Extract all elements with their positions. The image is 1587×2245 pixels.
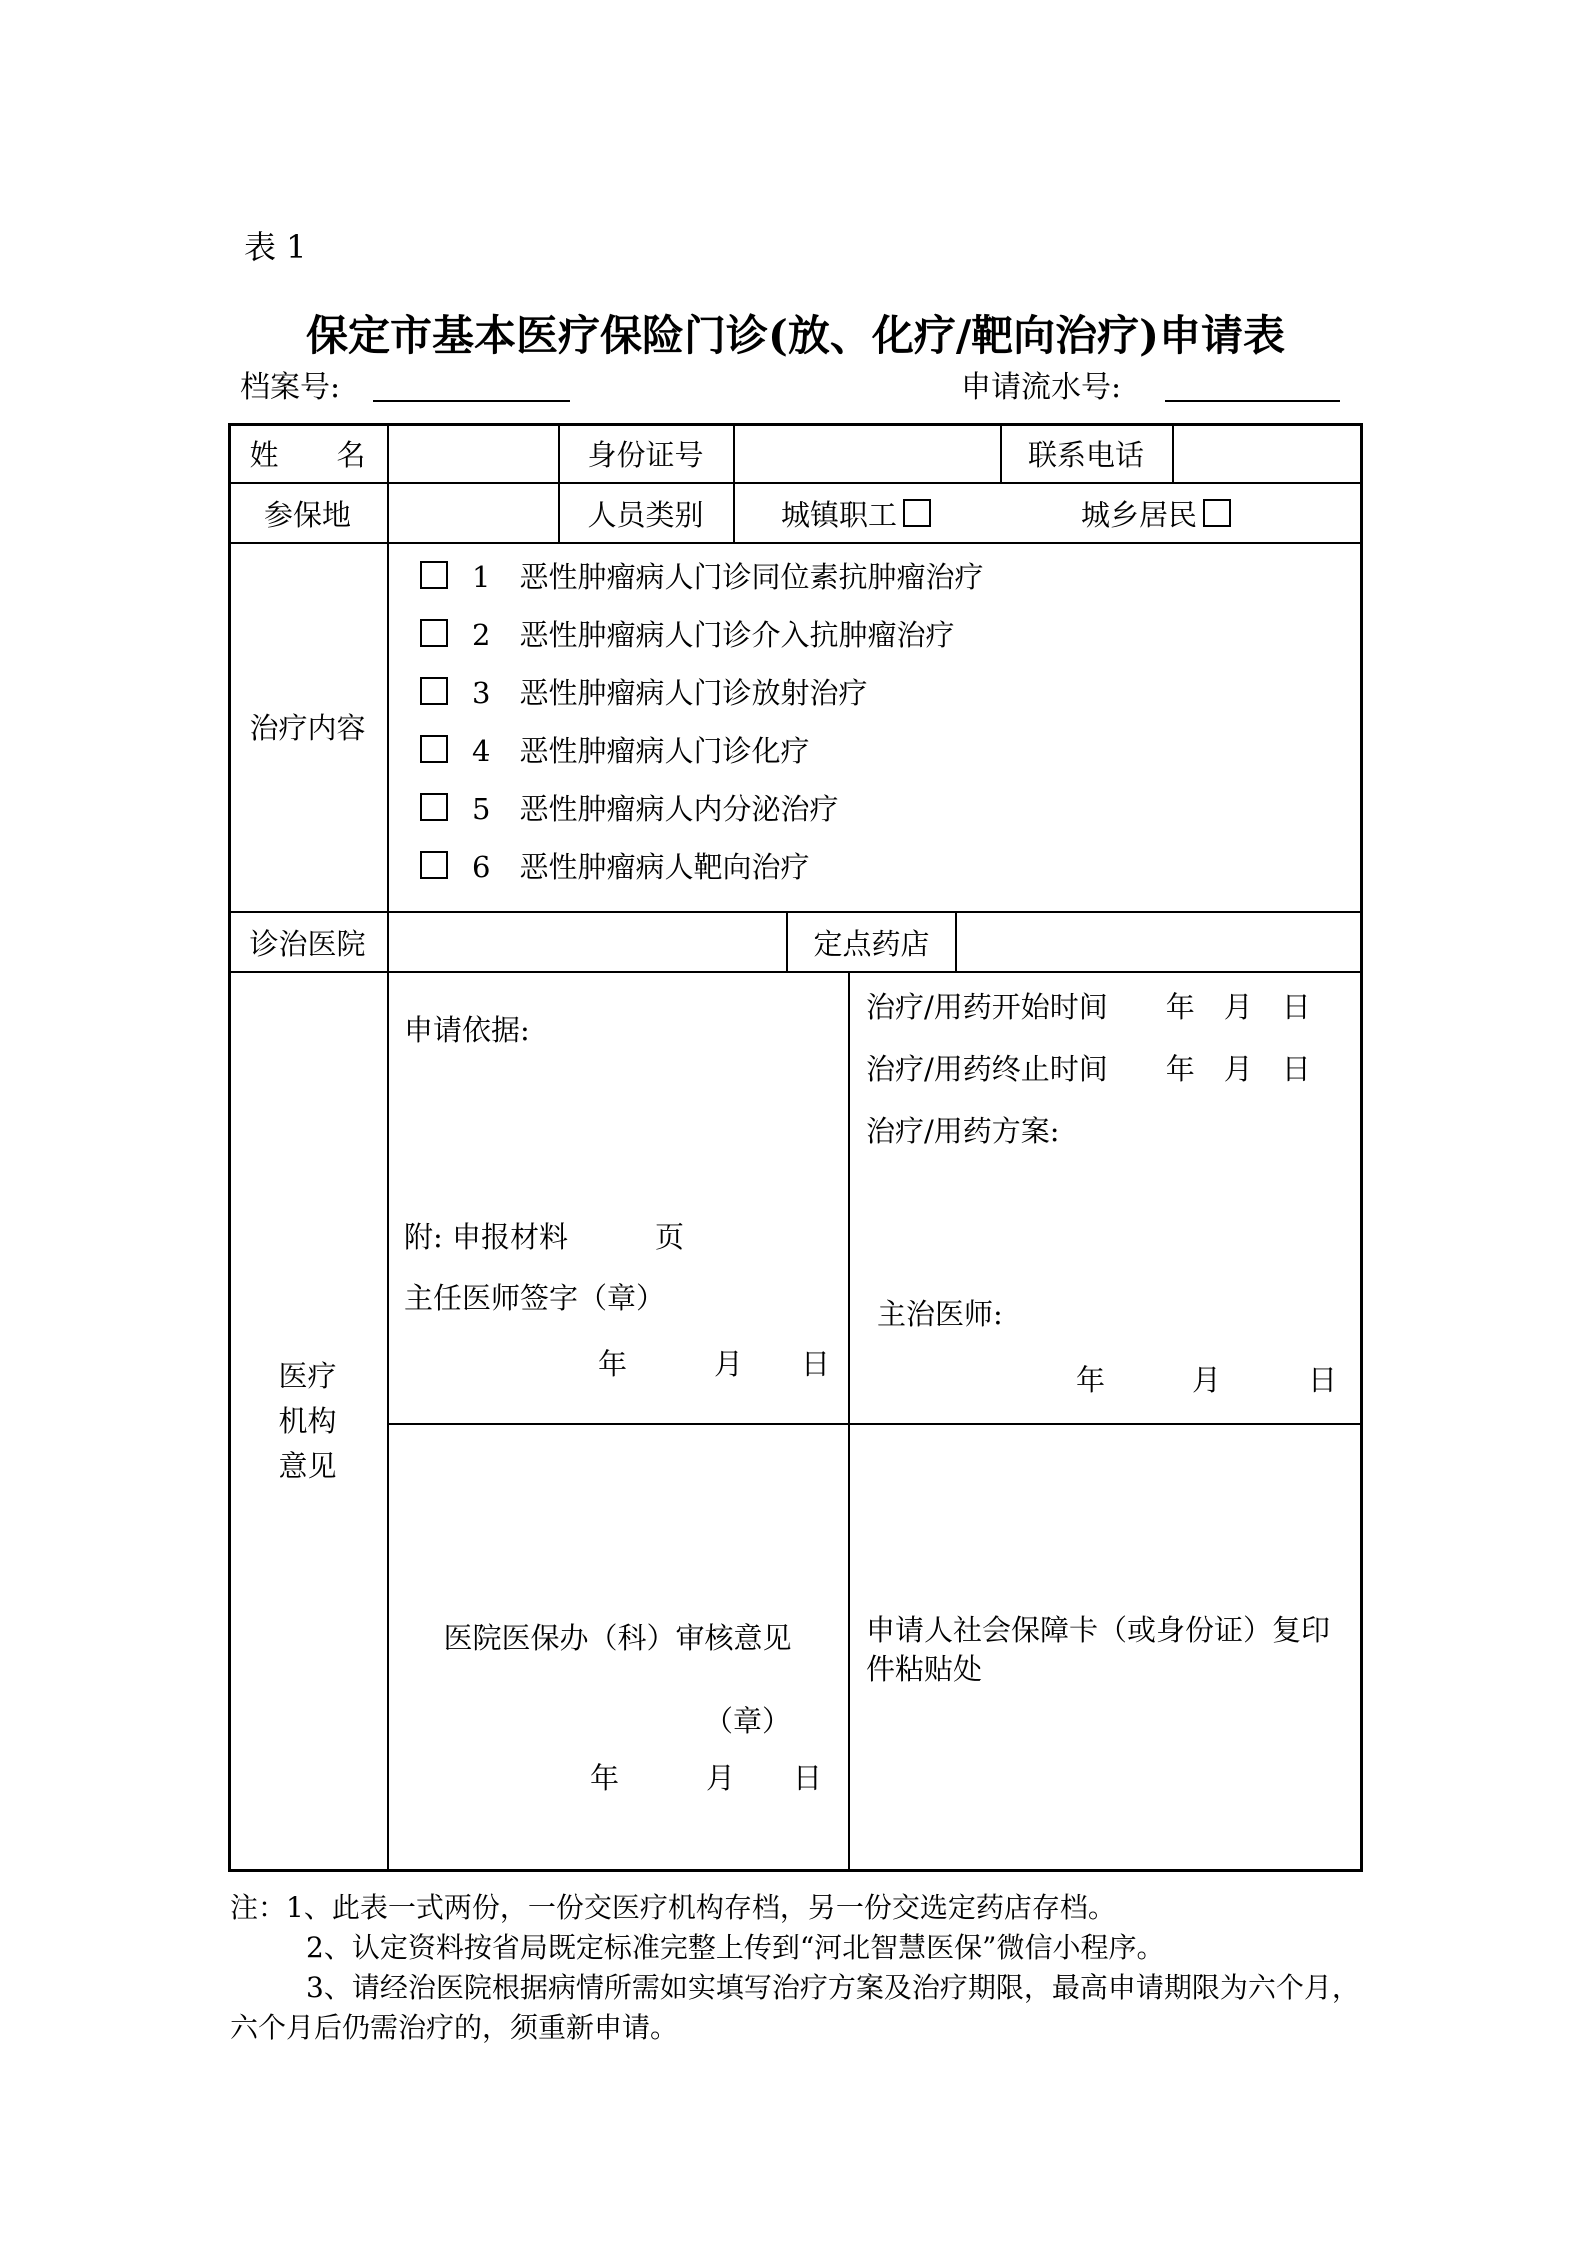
treatment-checkbox-6[interactable] (420, 851, 448, 879)
person-type-label: 人员类别 (558, 484, 733, 542)
treatment-item-2-label: 2 恶性肿瘤病人门诊介入抗肿瘤治疗 (472, 613, 954, 654)
treatment-start-time-line: 治疗/用药开始时间 年 月 日 (866, 985, 1311, 1026)
institution-opinion-label: 医疗 机构 意见 (228, 971, 387, 1872)
treatment-end-time-line: 治疗/用药终止时间 年 月 日 (866, 1047, 1311, 1088)
chief-physician-sign-label: 主任医师签字（章） (404, 1276, 665, 1317)
treatment-item-5: 5 恶性肿瘤病人内分泌治疗 (420, 792, 838, 822)
insured-place-input-cell[interactable] (389, 486, 558, 540)
treatment-item-3: 3 恶性肿瘤病人门诊放射治疗 (420, 676, 867, 706)
note-line-2: 2、认定资料按省局既定标准完整上传到“河北智慧医保”微信小程序。 (306, 1926, 1164, 1966)
treatment-item-6-label: 6 恶性肿瘤病人靶向治疗 (472, 845, 809, 886)
treatment-item-3-label: 3 恶性肿瘤病人门诊放射治疗 (472, 671, 867, 712)
hospital-input-cell[interactable] (389, 913, 786, 971)
id-number-input-cell[interactable] (735, 425, 1000, 482)
table-line-row2-bottom (228, 542, 1363, 544)
hospital-label: 诊治医院 (228, 911, 387, 973)
attachment-pages-label: 附: 申报材料 页 (404, 1215, 684, 1256)
attending-physician-date-line: 年 月 日 (1076, 1358, 1337, 1399)
name-label: 姓 名 (228, 423, 387, 484)
option-urban-employee-label: 城镇职工 (781, 493, 897, 534)
application-table: 姓 名 身份证号 联系电话 参保地 人员类别 城镇职工 城乡居民 治疗内容 1 … (228, 423, 1363, 1872)
card-copy-paste-label: 申请人社会保障卡（或身份证）复印件粘贴处 (866, 1611, 1356, 1689)
form-number: 表 1 (244, 222, 307, 268)
option-urban-rural-resident-label: 城乡居民 (1081, 493, 1197, 534)
table-border-bottom (228, 1869, 1363, 1872)
note-line-1: 注：1、此表一式两份，一份交医疗机构存档，另一份交选定药店存档。 (230, 1886, 1116, 1926)
treatment-item-4: 4 恶性肿瘤病人门诊化疗 (420, 734, 809, 764)
serial-no-label: 申请流水号: (961, 362, 1121, 406)
treatment-item-1-label: 1 恶性肿瘤病人门诊同位素抗肿瘤治疗 (472, 555, 983, 596)
table-border-right (1360, 423, 1363, 1872)
person-type-options: 城镇职工 城乡居民 (735, 484, 1363, 542)
treatment-plan-input-area[interactable] (866, 1148, 1346, 1278)
phone-label: 联系电话 (1000, 423, 1172, 484)
application-basis-label: 申请依据: (404, 1008, 530, 1049)
serial-no-input[interactable] (1165, 400, 1340, 402)
treatment-item-6: 6 恶性肿瘤病人靶向治疗 (420, 850, 809, 880)
treatment-item-4-label: 4 恶性肿瘤病人门诊化疗 (472, 729, 809, 770)
institution-opinion-label-line1: 医疗 (278, 1354, 336, 1399)
treatment-item-1: 1 恶性肿瘤病人门诊同位素抗肿瘤治疗 (420, 560, 983, 590)
chief-physician-date-line: 年 月 日 (598, 1342, 830, 1383)
phone-input-cell[interactable] (1174, 425, 1360, 482)
treatment-content-label: 治疗内容 (228, 542, 387, 911)
application-basis-input-area[interactable] (391, 1053, 846, 1203)
treatment-checkbox-1[interactable] (420, 561, 448, 589)
urban-rural-resident-checkbox[interactable] (1203, 499, 1231, 527)
table-line-opinion-divider (387, 1423, 1363, 1425)
institution-opinion-label-line2: 机构 (278, 1399, 336, 1444)
treatment-plan-label: 治疗/用药方案: (866, 1109, 1060, 1150)
treatment-item-2: 2 恶性肿瘤病人门诊介入抗肿瘤治疗 (420, 618, 954, 648)
document-page: 表 1 保定市基本医疗保险门诊(放、化疗/靶向治疗)申请表 档案号: 申请流水号… (0, 0, 1587, 2245)
id-number-label: 身份证号 (558, 423, 733, 484)
treatment-checkbox-2[interactable] (420, 619, 448, 647)
page-title: 保定市基本医疗保险门诊(放、化疗/靶向治疗)申请表 (228, 303, 1363, 363)
treatment-checkbox-4[interactable] (420, 735, 448, 763)
option-urban-employee: 城镇职工 (781, 493, 931, 534)
note-line-4: 六个月后仍需治疗的，须重新申请。 (230, 2006, 678, 2046)
insured-place-label: 参保地 (228, 484, 387, 542)
card-copy-paste-area[interactable] (866, 1703, 1346, 1858)
review-date-line: 年 月 日 (590, 1756, 822, 1797)
urban-employee-checkbox[interactable] (903, 499, 931, 527)
pharmacy-input-cell[interactable] (957, 913, 1360, 971)
archive-no-label: 档案号: (240, 362, 340, 406)
institution-opinion-label-line3: 意见 (278, 1444, 336, 1489)
treatment-item-5-label: 5 恶性肿瘤病人内分泌治疗 (472, 787, 838, 828)
insurance-office-review-label: 医院医保办（科）审核意见 (387, 1616, 848, 1657)
treatment-checkbox-3[interactable] (420, 677, 448, 705)
archive-no-input[interactable] (373, 400, 570, 402)
option-urban-rural-resident: 城乡居民 (1081, 493, 1231, 534)
note-line-3: 3、请经治医院根据病情所需如实填写治疗方案及治疗期限，最高申请期限为六个月， (306, 1966, 1360, 2006)
table-line-opinion-vertical (848, 971, 850, 1872)
attending-physician-label: 主治医师: (877, 1292, 1003, 1333)
treatment-checkbox-5[interactable] (420, 793, 448, 821)
seal-label: （章） (704, 1699, 791, 1740)
pharmacy-label: 定点药店 (786, 911, 957, 973)
name-input-cell[interactable] (389, 425, 558, 482)
